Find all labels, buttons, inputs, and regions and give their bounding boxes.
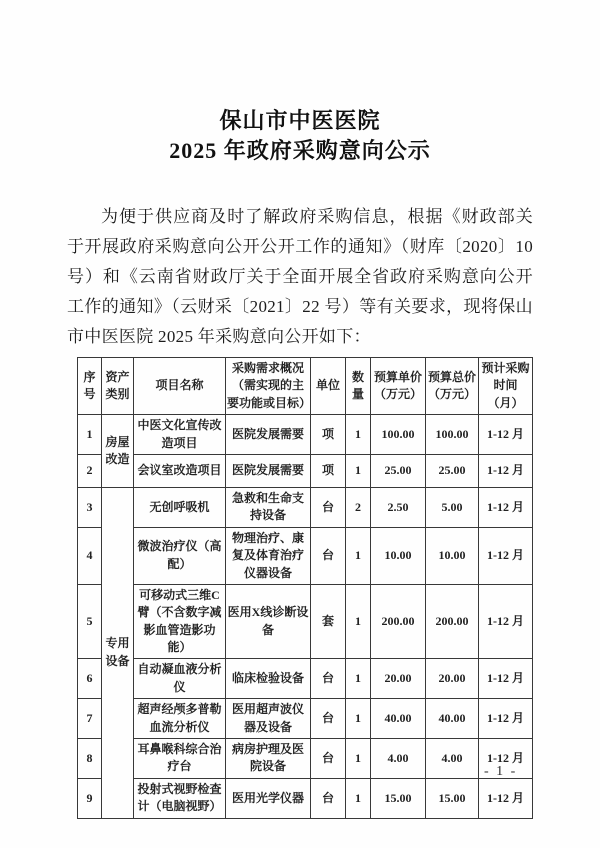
procurement-table-body: 1房屋改造中医文化宣传改造项目医院发展需要项1100.00100.001-12 … [78, 415, 533, 818]
total-price-cell: 25.00 [426, 454, 479, 487]
quantity-cell: 2 [346, 487, 371, 527]
demand-cell: 医用光学仪器 [226, 778, 311, 818]
unit-cell: 项 [311, 454, 346, 487]
serial-cell: 6 [78, 659, 102, 699]
project-name-cell: 超声经颅多普勒血流分析仪 [134, 699, 226, 739]
table-row: 4微波治疗仪（高配）物理治疗、康复及体育治疗仪器设备台110.0010.001-… [78, 527, 533, 584]
table-row: 7超声经颅多普勒血流分析仪医用超声波仪器及设备台140.0040.001-12 … [78, 699, 533, 739]
time-cell: 1-12 月 [479, 699, 533, 739]
quantity-cell: 1 [346, 527, 371, 584]
unit-cell: 台 [311, 487, 346, 527]
unit-cell: 套 [311, 584, 346, 659]
demand-cell: 临床检验设备 [226, 659, 311, 699]
serial-cell: 3 [78, 487, 102, 527]
serial-cell: 9 [78, 778, 102, 818]
quantity-cell: 1 [346, 778, 371, 818]
document-page: 保山市中医医院 2025 年政府采购意向公示 为便于供应商及时了解政府采购信息，… [0, 0, 600, 848]
unit-cell: 台 [311, 527, 346, 584]
total-price-cell: 100.00 [426, 415, 479, 455]
column-header: 项目名称 [134, 358, 226, 415]
table-row: 3专用设备无创呼吸机急救和生命支持设备台22.505.001-12 月 [78, 487, 533, 527]
time-cell: 1-12 月 [479, 454, 533, 487]
quantity-cell: 1 [346, 739, 371, 779]
serial-cell: 1 [78, 415, 102, 455]
column-header: 预计采购时间（月） [479, 358, 533, 415]
total-price-cell: 4.00 [426, 739, 479, 779]
project-name-cell: 微波治疗仪（高配） [134, 527, 226, 584]
column-header: 资产类别 [102, 358, 134, 415]
procurement-table: 序号资产类别项目名称采购需求概况（需实现的主要功能或目标）单位数量预算单价（万元… [77, 357, 533, 819]
serial-cell: 7 [78, 699, 102, 739]
column-header: 序号 [78, 358, 102, 415]
project-name-cell: 中医文化宣传改造项目 [134, 415, 226, 455]
asset-category-cell: 房屋改造 [102, 415, 134, 488]
column-header: 预算总价（万元） [426, 358, 479, 415]
table-row: 9投射式视野检查计（电脑视野）医用光学仪器台115.0015.001-12 月 [78, 778, 533, 818]
column-header: 预算单价（万元） [371, 358, 426, 415]
demand-cell: 医用X线诊断设备 [226, 584, 311, 659]
project-name-cell: 耳鼻喉科综合治疗台 [134, 739, 226, 779]
column-header: 单位 [311, 358, 346, 415]
quantity-cell: 1 [346, 454, 371, 487]
unit-price-cell: 10.00 [371, 527, 426, 584]
serial-cell: 4 [78, 527, 102, 584]
serial-cell: 5 [78, 584, 102, 659]
unit-price-cell: 25.00 [371, 454, 426, 487]
table-row: 2会议室改造项目医院发展需要项125.0025.001-12 月 [78, 454, 533, 487]
table-row: 5可移动式三维C臂（不含数字减影血管造影功能）医用X线诊断设备套1200.002… [78, 584, 533, 659]
header-row: 序号资产类别项目名称采购需求概况（需实现的主要功能或目标）单位数量预算单价（万元… [78, 358, 533, 415]
demand-cell: 病房护理及医院设备 [226, 739, 311, 779]
time-cell: 1-12 月 [479, 487, 533, 527]
demand-cell: 医院发展需要 [226, 454, 311, 487]
unit-cell: 项 [311, 415, 346, 455]
time-cell: 1-12 月 [479, 527, 533, 584]
unit-price-cell: 4.00 [371, 739, 426, 779]
quantity-cell: 1 [346, 699, 371, 739]
column-header: 采购需求概况（需实现的主要功能或目标） [226, 358, 311, 415]
total-price-cell: 20.00 [426, 659, 479, 699]
table-row: 6自动凝血液分析仪临床检验设备台120.0020.001-12 月 [78, 659, 533, 699]
time-cell: 1-12 月 [479, 659, 533, 699]
unit-cell: 台 [311, 778, 346, 818]
demand-cell: 医用超声波仪器及设备 [226, 699, 311, 739]
table-header: 序号资产类别项目名称采购需求概况（需实现的主要功能或目标）单位数量预算单价（万元… [78, 358, 533, 415]
project-name-cell: 无创呼吸机 [134, 487, 226, 527]
unit-price-cell: 200.00 [371, 584, 426, 659]
time-cell: 1-12 月 [479, 584, 533, 659]
project-name-cell: 自动凝血液分析仪 [134, 659, 226, 699]
quantity-cell: 1 [346, 415, 371, 455]
page-number: - 1 - [484, 764, 517, 780]
project-name-cell: 会议室改造项目 [134, 454, 226, 487]
title-line-2: 2025 年政府采购意向公示 [0, 136, 600, 166]
unit-cell: 台 [311, 739, 346, 779]
column-header: 数量 [346, 358, 371, 415]
demand-cell: 医院发展需要 [226, 415, 311, 455]
quantity-cell: 1 [346, 584, 371, 659]
time-cell: 1-12 月 [479, 415, 533, 455]
table-row: 1房屋改造中医文化宣传改造项目医院发展需要项1100.00100.001-12 … [78, 415, 533, 455]
document-title: 保山市中医医院 2025 年政府采购意向公示 [0, 0, 600, 166]
total-price-cell: 5.00 [426, 487, 479, 527]
serial-cell: 8 [78, 739, 102, 779]
demand-cell: 急救和生命支持设备 [226, 487, 311, 527]
unit-price-cell: 20.00 [371, 659, 426, 699]
project-name-cell: 可移动式三维C臂（不含数字减影血管造影功能） [134, 584, 226, 659]
unit-cell: 台 [311, 699, 346, 739]
unit-cell: 台 [311, 659, 346, 699]
asset-category-cell: 专用设备 [102, 487, 134, 818]
unit-price-cell: 40.00 [371, 699, 426, 739]
quantity-cell: 1 [346, 659, 371, 699]
demand-cell: 物理治疗、康复及体育治疗仪器设备 [226, 527, 311, 584]
total-price-cell: 10.00 [426, 527, 479, 584]
total-price-cell: 200.00 [426, 584, 479, 659]
unit-price-cell: 100.00 [371, 415, 426, 455]
table-row: 8耳鼻喉科综合治疗台病房护理及医院设备台14.004.001-12 月 [78, 739, 533, 779]
time-cell: 1-12 月 [479, 778, 533, 818]
unit-price-cell: 2.50 [371, 487, 426, 527]
unit-price-cell: 15.00 [371, 778, 426, 818]
total-price-cell: 40.00 [426, 699, 479, 739]
total-price-cell: 15.00 [426, 778, 479, 818]
project-name-cell: 投射式视野检查计（电脑视野） [134, 778, 226, 818]
serial-cell: 2 [78, 454, 102, 487]
intro-paragraph: 为便于供应商及时了解政府采购信息，根据《财政部关于开展政府采购意向公开公开工作的… [67, 202, 533, 352]
title-line-1: 保山市中医医院 [0, 106, 600, 136]
